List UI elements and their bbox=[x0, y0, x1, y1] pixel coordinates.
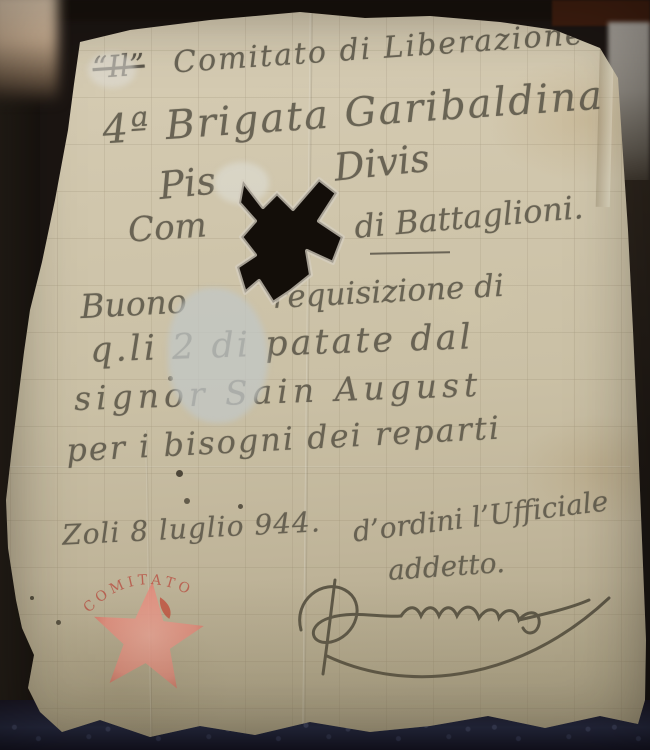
abraded-patch-topleft bbox=[88, 52, 136, 88]
handwriting-line-4a: Com bbox=[127, 205, 208, 250]
ink-speck bbox=[176, 470, 183, 477]
museum-photo: “Il” Comitato di Liberazione 4ª Brigata … bbox=[0, 0, 650, 750]
ink-speck bbox=[184, 498, 190, 504]
torn-hole bbox=[215, 163, 365, 315]
ink-speck bbox=[238, 504, 243, 509]
reflection-blob bbox=[0, 0, 58, 100]
document-paper: “Il” Comitato di Liberazione 4ª Brigata … bbox=[0, 0, 650, 750]
line-3-word-a: Pis bbox=[156, 158, 218, 208]
